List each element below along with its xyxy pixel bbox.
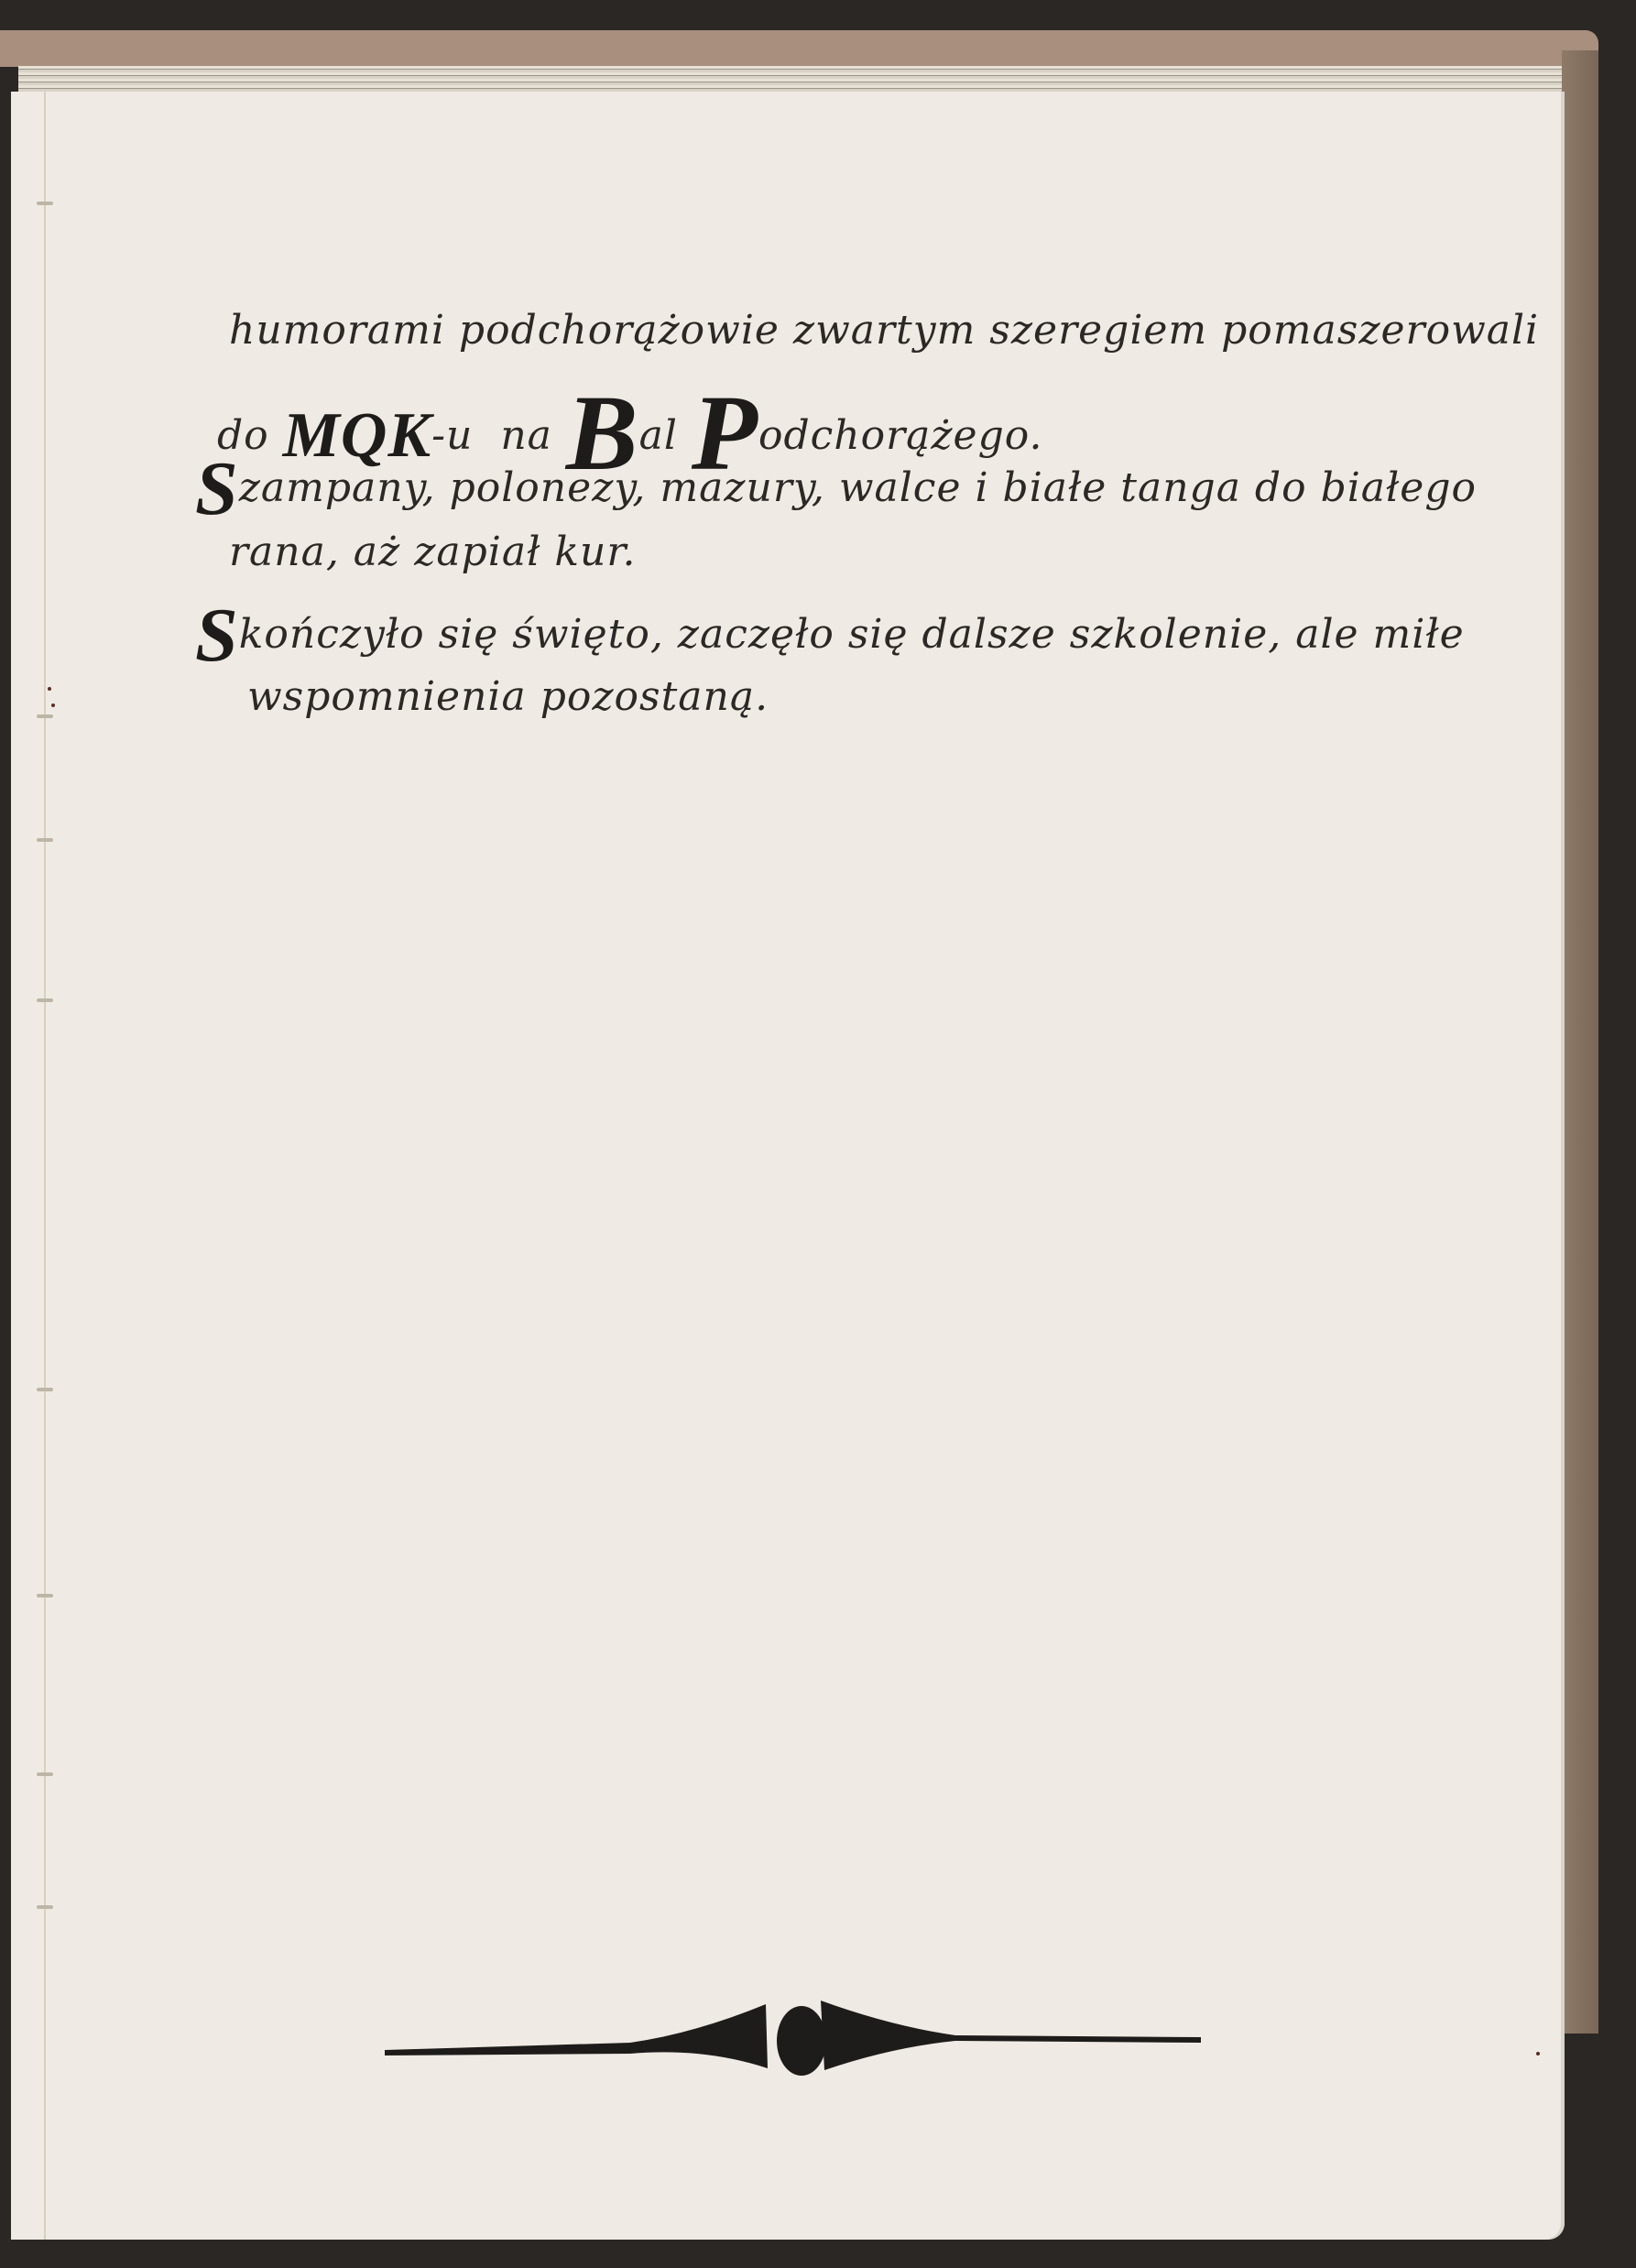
binding-stitch (37, 1772, 53, 1776)
book-cover-top-edge (0, 30, 1598, 67)
binding-stitch (37, 1905, 53, 1909)
text-line-5: Skończyło się święto, zaczęło się dalsze… (195, 591, 1465, 680)
binding-stitch (37, 714, 53, 718)
binding-stitch (37, 1388, 53, 1391)
text-line-4: rana, aż zapiał kur. (229, 529, 637, 575)
foxing-spot (48, 687, 51, 691)
line-text: zampany, polonezy, mazury, walce i białe… (239, 464, 1477, 511)
binding-gutter (44, 92, 46, 2240)
binding-stitch (37, 838, 53, 842)
line-text: humorami podchorążowie zwartym szeregiem… (229, 307, 1539, 354)
line-text: wspomnienia pozostaną. (247, 673, 769, 720)
foxing-spot (51, 703, 55, 707)
decorative-capital: S (195, 446, 239, 531)
decorative-capital: S (195, 593, 239, 678)
text-line-1: humorami podchorążowie zwartym szeregiem… (229, 307, 1539, 354)
line-text: rana, aż zapiał kur. (229, 529, 637, 575)
binding-stitch (37, 1594, 53, 1597)
foxing-spot (1536, 2052, 1540, 2055)
line-text: kończyło się święto, zaczęło się dalsze … (239, 611, 1465, 658)
book-cover-right-edge (1562, 50, 1598, 2034)
text-line-6: wspomnienia pozostaną. (247, 673, 769, 720)
text-line-3: Szampany, polonezy, mazury, walce i biał… (195, 444, 1477, 533)
divider-ornament-icon (383, 1997, 1203, 2079)
binding-stitch (37, 998, 53, 1002)
binding-stitch (37, 202, 53, 205)
page-stack-edge (18, 66, 1562, 93)
